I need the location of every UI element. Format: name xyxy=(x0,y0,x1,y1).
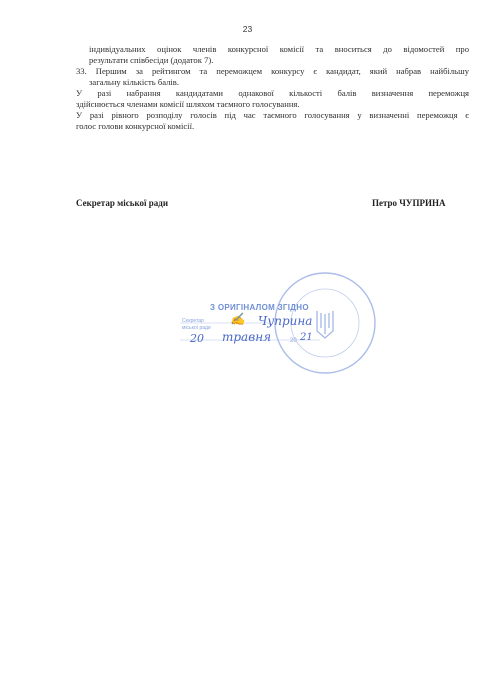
stamp-year-prefix: 20 xyxy=(290,338,297,344)
list-item-33: 33. Першим за рейтингом та переможцем ко… xyxy=(76,66,469,77)
signature-name: Петро ЧУПРИНА xyxy=(372,198,446,208)
text-line: індивідуальних оцінок членів конкурсної … xyxy=(89,44,469,55)
handwritten-day: 20 xyxy=(190,332,204,345)
text-line: У разі рівного розподілу голосів під час… xyxy=(76,110,469,121)
handwritten-month: травня xyxy=(222,330,271,344)
handwritten-signature: ✍ xyxy=(230,312,245,326)
certification-stamp: З ОРИГІНАЛОМ ЗГІДНО Секретар міської рад… xyxy=(170,268,380,378)
text-line: У разі набрання кандидатами однакової кі… xyxy=(76,88,469,99)
text-line: здійснюється членами комісії шляхом таєм… xyxy=(76,99,300,110)
page-number: 23 xyxy=(0,24,495,34)
text-line: загальну кількість балів. xyxy=(89,77,179,88)
stamp-secretary-label: Секретар xyxy=(182,318,204,324)
text-line: результати співбесіди (додаток 7). xyxy=(89,55,213,66)
stamp-council-label: міської ради xyxy=(182,325,211,331)
handwritten-year: 21 xyxy=(300,332,313,343)
text-line: голос голови конкурсної комісії. xyxy=(76,121,194,132)
handwritten-name: Чуприна xyxy=(258,314,312,328)
stamp-label: З ОРИГІНАЛОМ ЗГІДНО xyxy=(210,303,309,312)
signature-position: Секретар міської ради xyxy=(76,198,168,208)
